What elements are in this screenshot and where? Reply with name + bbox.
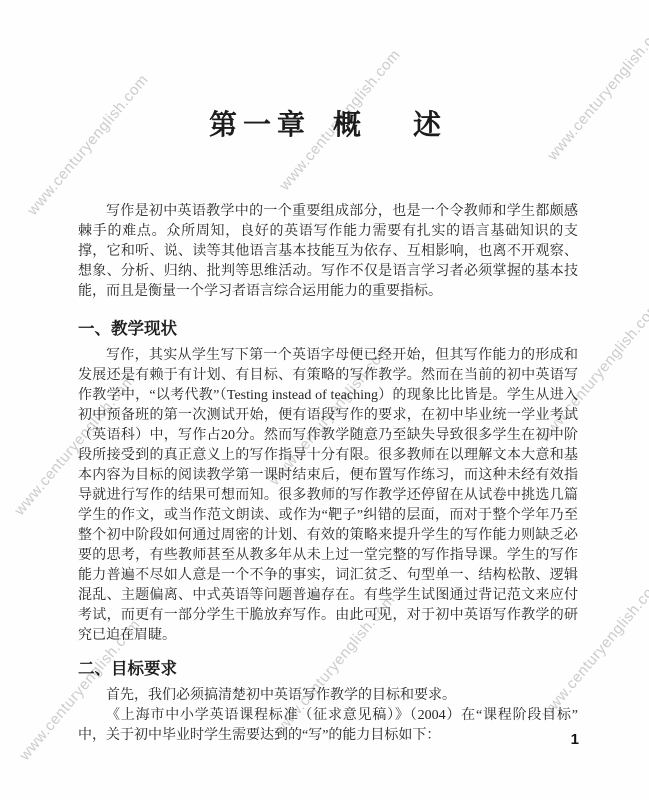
chapter-title: 第一章 概 述 [78, 104, 578, 148]
page-number: 1 [571, 731, 579, 748]
section-1-paragraph-1: 写作，其实从学生写下第一个英语字母便已经开始，但其写作能力的形成和发展还是有赖于… [78, 346, 578, 646]
chapter-title-number: 第一章 [209, 104, 311, 148]
section-2-paragraph-2: 《上海市中小学英语课程标准（征求意见稿）》（2004）在“课程阶段目标”中，关于… [78, 706, 578, 746]
page-content: 第一章 概 述 写作是初中英语教学中的一个重要组成部分，也是一个令教师和学生都颇… [78, 0, 578, 746]
chapter-title-word-1: 概 [333, 104, 367, 148]
section-heading-2: 二、目标要求 [78, 658, 578, 680]
chapter-title-word-2: 述 [413, 104, 447, 148]
section-2-paragraph-1: 首先，我们必须搞清楚初中英语写作教学的目标和要求。 [78, 686, 578, 706]
intro-paragraph: 写作是初中英语教学中的一个重要组成部分，也是一个令教师和学生都颇感棘手的难点。众… [78, 202, 578, 302]
section-heading-1: 一、教学现状 [78, 318, 578, 340]
book-page: www.centuryenglish.comwww.centuryenglish… [0, 0, 649, 800]
